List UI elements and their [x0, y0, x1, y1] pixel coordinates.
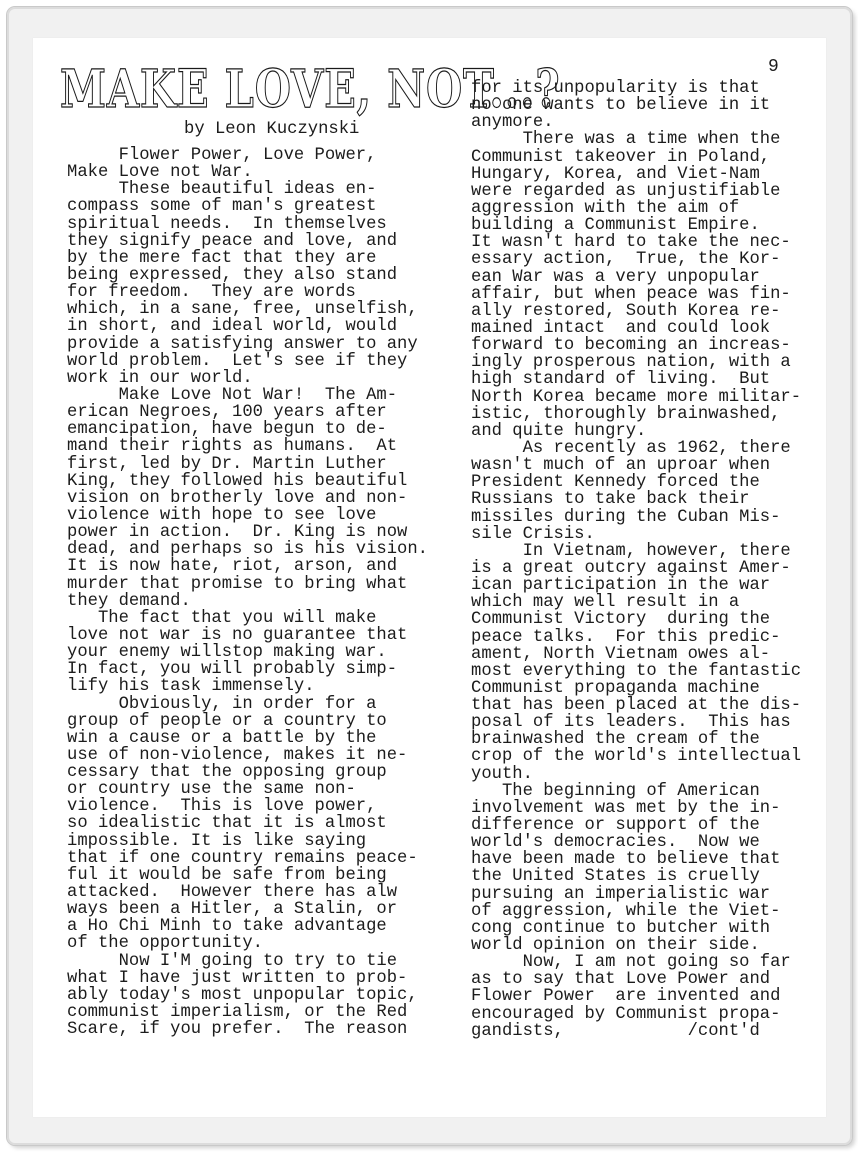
- text-line: for freedom. They are words: [67, 284, 428, 301]
- text-line: compass some of man's greatest: [67, 198, 428, 215]
- text-line: erican Negroes, 100 years after: [67, 404, 428, 421]
- text-line: essary action, True, the Kor-: [471, 251, 801, 268]
- text-line: Now I'M going to try to tie: [67, 953, 428, 970]
- text-line: work in our world.: [67, 370, 428, 387]
- text-line: that has been placed at the dis-: [471, 697, 801, 714]
- text-line: missiles during the Cuban Mis-: [471, 509, 801, 526]
- text-line: It wasn't hard to take the nec-: [471, 234, 801, 251]
- text-line: attacked. However there has alw: [67, 884, 428, 901]
- text-line: Scare, if you prefer. The reason: [67, 1021, 428, 1038]
- text-line: brainwashed the cream of the: [471, 731, 801, 748]
- article-byline: by Leon Kuczynski: [184, 121, 359, 138]
- text-line: win a cause or a battle by the: [67, 730, 428, 747]
- text-line: Communist takeover in Poland,: [471, 149, 801, 166]
- text-line: mained intact and could look: [471, 320, 801, 337]
- text-line: provide a satisfying answer to any: [67, 336, 428, 353]
- text-line: Make Love not War.: [67, 164, 428, 181]
- text-line: spiritual needs. In themselves: [67, 216, 428, 233]
- text-line: Flower Power are invented and: [471, 988, 801, 1005]
- text-line: of aggression, while the Viet-: [471, 903, 801, 920]
- text-line: and quite hungry.: [471, 423, 801, 440]
- text-line: gandists, /cont'd: [471, 1023, 801, 1040]
- text-line: ament, North Vietnam owes al-: [471, 646, 801, 663]
- text-line: impossible. It is like saying: [67, 833, 428, 850]
- text-line: building a Communist Empire.: [471, 217, 801, 234]
- text-line: ean War was a very unpopular: [471, 269, 801, 286]
- text-line: difference or support of the: [471, 817, 801, 834]
- text-line: In fact, you will probably simp-: [67, 661, 428, 678]
- text-line: youth.: [471, 766, 801, 783]
- text-line: Make Love Not War! The Am-: [67, 387, 428, 404]
- page-number: 9: [768, 59, 779, 76]
- text-line: world's democracies. Now we: [471, 834, 801, 851]
- text-line: The beginning of American: [471, 783, 801, 800]
- text-line: wasn't much of an uproar when: [471, 457, 801, 474]
- text-line: by the mere fact that they are: [67, 250, 428, 267]
- text-line: no one wants to believe in it: [471, 97, 801, 114]
- text-line: ally restored, South Korea re-: [471, 303, 801, 320]
- text-line: as to say that Love Power and: [471, 971, 801, 988]
- text-line: dead, and perhaps so is his vision.: [67, 541, 428, 558]
- text-line: sile Crisis.: [471, 526, 801, 543]
- text-line: is a great outcry against Amer-: [471, 560, 801, 577]
- text-line: world opinion on their side.: [471, 937, 801, 954]
- text-line: which may well result in a: [471, 594, 801, 611]
- text-line: which, in a sane, free, unselfish,: [67, 301, 428, 318]
- text-line: most everything to the fantastic: [471, 663, 801, 680]
- text-line: Flower Power, Love Power,: [67, 147, 428, 164]
- text-line: violence. This is love power,: [67, 798, 428, 815]
- text-line: being expressed, they also stand: [67, 267, 428, 284]
- text-line: have been made to believe that: [471, 851, 801, 868]
- text-line: what I have just written to prob-: [67, 970, 428, 987]
- text-line: affair, but when peace was fin-: [471, 286, 801, 303]
- text-line: your enemy willstop making war.: [67, 644, 428, 661]
- text-line: power in action. Dr. King is now: [67, 524, 428, 541]
- text-line: It is now hate, riot, arson, and: [67, 558, 428, 575]
- text-line: of the opportunity.: [67, 935, 428, 952]
- text-line: for its unpopularity is that: [471, 80, 801, 97]
- text-line: first, led by Dr. Martin Luther: [67, 456, 428, 473]
- text-line: crop of the world's intellectual: [471, 748, 801, 765]
- text-line: anymore.: [471, 114, 801, 131]
- text-line: cessary that the opposing group: [67, 764, 428, 781]
- text-line: vision on brotherly love and non-: [67, 490, 428, 507]
- text-line: ingly prosperous nation, with a: [471, 354, 801, 371]
- text-line: As recently as 1962, there: [471, 440, 801, 457]
- text-line: murder that promise to bring what: [67, 576, 428, 593]
- text-line: Hungary, Korea, and Viet-Nam: [471, 166, 801, 183]
- text-line: Russians to take back their: [471, 491, 801, 508]
- text-line: emancipation, have begun to de-: [67, 421, 428, 438]
- text-line: high standard of living. But: [471, 371, 801, 388]
- text-line: communist imperialism, or the Red: [67, 1004, 428, 1021]
- text-line: President Kennedy forced the: [471, 474, 801, 491]
- text-line: Communist Victory during the: [471, 611, 801, 628]
- text-line: In Vietnam, however, there: [471, 543, 801, 560]
- text-line: world problem. Let's see if they: [67, 353, 428, 370]
- text-line: violence with hope to see love: [67, 507, 428, 524]
- text-line: forward to becoming an increas-: [471, 337, 801, 354]
- text-line: peace talks. For this predic-: [471, 629, 801, 646]
- text-line: King, they followed his beautiful: [67, 473, 428, 490]
- text-line: were regarded as unjustifiable: [471, 183, 801, 200]
- text-line: aggression with the aim of: [471, 200, 801, 217]
- text-line: the United States is cruelly: [471, 868, 801, 885]
- text-line: mand their rights as humans. At: [67, 438, 428, 455]
- text-line: Now, I am not going so far: [471, 954, 801, 971]
- text-line: These beautiful ideas en-: [67, 181, 428, 198]
- text-line: ican participation in the war: [471, 577, 801, 594]
- text-line: ably today's most unpopular topic,: [67, 987, 428, 1004]
- text-line: so idealistic that it is almost: [67, 815, 428, 832]
- text-line: they demand.: [67, 593, 428, 610]
- right-column: for its unpopularity is thatno one wants…: [471, 80, 801, 1040]
- left-column: Flower Power, Love Power,Make Love not W…: [67, 147, 428, 1038]
- text-line: or country use the same non-: [67, 781, 428, 798]
- text-line: pursuing an imperialistic war: [471, 886, 801, 903]
- text-line: ful it would be safe from being: [67, 867, 428, 884]
- text-line: encouraged by Communist propa-: [471, 1006, 801, 1023]
- text-line: cong continue to butcher with: [471, 920, 801, 937]
- text-line: a Ho Chi Minh to take advantage: [67, 918, 428, 935]
- text-line: istic, thoroughly brainwashed,: [471, 406, 801, 423]
- text-line: There was a time when the: [471, 131, 801, 148]
- text-line: ways been a Hitler, a Stalin, or: [67, 901, 428, 918]
- text-line: Obviously, in order for a: [67, 696, 428, 713]
- text-line: North Korea became more militar-: [471, 389, 801, 406]
- text-line: Communist propaganda machine: [471, 680, 801, 697]
- text-line: posal of its leaders. This has: [471, 714, 801, 731]
- text-line: that if one country remains peace-: [67, 850, 428, 867]
- text-line: group of people or a country to: [67, 713, 428, 730]
- text-line: love not war is no guarantee that: [67, 627, 428, 644]
- text-line: use of non-violence, makes it ne-: [67, 747, 428, 764]
- text-line: lify his task immensely.: [67, 678, 428, 695]
- text-line: they signify peace and love, and: [67, 233, 428, 250]
- text-line: in short, and ideal world, would: [67, 318, 428, 335]
- text-line: involvement was met by the in-: [471, 800, 801, 817]
- text-line: The fact that you will make: [67, 610, 428, 627]
